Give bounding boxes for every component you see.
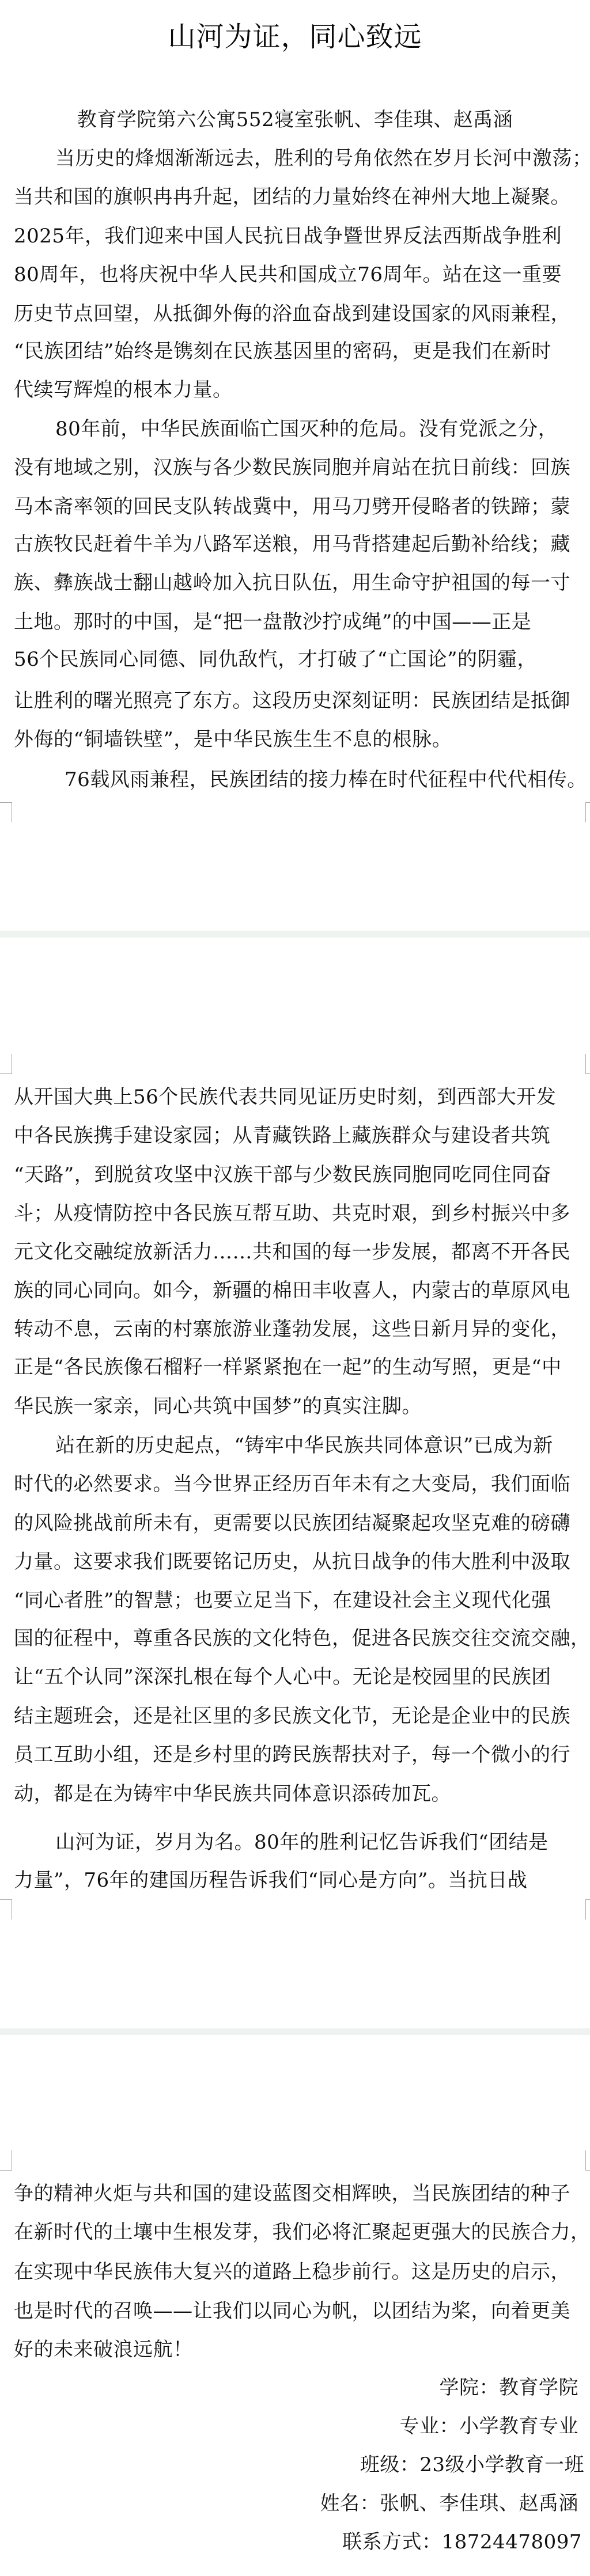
signature-major: 专业：小学教育专业 [0,2412,578,2440]
author-line: 教育学院第六公寓552寝室张帆、李佳琪、赵禹涵 [0,106,590,134]
paragraph-line: 族、彝族战士翻山越岭加入抗日队伍，用生命守护祖国的每一寸 [14,569,584,597]
paragraph-line: 外侮的“铜墙铁壁”，是中华民族生生不息的根脉。 [14,726,584,753]
paragraph-line: 力量”，76年的建国历程告诉我们“同心是方向”。当抗日战 [14,1866,584,1894]
paragraph-line: 代续写辉煌的根本力量。 [14,376,584,404]
paragraph-line: 80年前，中华民族面临亡国灭种的危局。没有党派之分， [55,415,584,443]
paragraph-line: 2025年，我们迎来中国人民抗日战争暨世界反法西斯战争胜利 [14,222,584,250]
crop-mark-bottom-right [585,1899,590,1919]
document-title: 山河为证，同心致远 [0,20,590,54]
paragraph-line: 的风险挑战前所未有，更需要以民族团结凝聚起攻坚克难的磅礴 [14,1509,584,1537]
signature-names: 姓名：张帆、李佳琪、赵禹涵 [0,2490,578,2517]
paragraph-line: 结主题班会，还是社区里的多民族文化节，无论是企业中的民族 [14,1702,584,1730]
signature-class: 班级：23级小学教育一班 [0,2451,584,2479]
paragraph-line: 让胜利的曙光照亮了东方。这段历史深刻证明：民族团结是抵御 [14,687,584,715]
crop-mark-top-left [0,2150,12,2171]
paragraph-line: “天路”，到脱贫攻坚中汉族干部与少数民族同胞同吃同住同奋 [14,1161,584,1189]
paragraph-line: 力量。这要求我们既要铭记历史，从抗日战争的伟大胜利中汲取 [14,1548,584,1576]
paragraph-line: 80周年，也将庆祝中华人民共和国成立76周年。站在这一重要 [14,261,584,289]
paragraph-line: 历史节点回望，从抵御外侮的浴血奋战到建设国家的风雨兼程， [14,300,584,328]
paragraph-line: 员工互助小组，还是乡村里的跨民族帮扶对子，每一个微小的行 [14,1741,584,1769]
paragraph-line: 时代的必然要求。当今世界正经历百年未有之大变局，我们面临 [14,1470,584,1498]
crop-mark-bottom-right [585,802,590,822]
paragraph-line: 马本斋率领的回民支队转战冀中，用马刀劈开侵略者的铁蹄；蒙 [14,493,584,521]
page-separator [0,2028,590,2035]
paragraph-line: 古族牧民赶着牛羊为八路军送粮，用马背搭建起后勤补给线；藏 [14,530,584,558]
paragraph-line: 山河为证，岁月为名。80年的胜利记忆告诉我们“团结是 [55,1828,584,1856]
crop-mark-top-left [0,1054,12,1074]
paragraph-line: 从开国大典上56个民族代表共同见证历史时刻，到西部大开发 [14,1083,584,1111]
paragraph-line: 76载风雨兼程，民族团结的接力棒在时代征程中代代相传。 [65,766,590,794]
paragraph-line: 动，都是在为铸牢中华民族共同体意识添砖加瓦。 [14,1780,584,1808]
paragraph-line: 土地。那时的中国，是“把一盘散沙拧成绳”的中国——正是 [14,608,584,636]
paragraph-line: 斗；从疫情防控中各民族互帮互助、共克时艰，到乡村振兴中多 [14,1200,584,1227]
paragraph-line: 站在新的历史起点，“铸牢中华民族共同体意识”已成为新 [55,1432,584,1459]
paragraph-line: 中各民族携手建设家园；从青藏铁路上藏族群众与建设者共筑 [14,1122,584,1149]
paragraph-line: 元文化交融绽放新活力……共和国的每一步发展，都离不开各民 [14,1238,584,1266]
signature-college: 学院：教育学院 [0,2374,578,2402]
crop-mark-bottom-left [0,1899,12,1919]
page-3: 争的精神火炬与共和国的建设蓝图交相辉映，当民族团结的种子 在新时代的土壤中生根发… [0,2035,590,2576]
paragraph-line: 华民族一家亲，同心共筑中国梦”的真实注脚。 [14,1393,584,1420]
paragraph-line: 族的同心同向。如今，新疆的棉田丰收喜人，内蒙古的草原风电 [14,1277,584,1304]
paragraph-line: 没有地域之别，汉族与各少数民族同胞并肩站在抗日前线：回族 [14,454,584,481]
paragraph-line: 让“五个认同”深深扎根在每个人心中。无论是校园里的民族团 [14,1663,584,1691]
paragraph-line: 当共和国的旗帜冉冉升起，团结的力量始终在神州大地上凝聚。 [14,183,584,211]
paragraph-line: “同心者胜”的智慧；也要立足当下，在建设社会主义现代化强 [14,1587,584,1614]
paragraph-line: 56个民族同心同德、同仇敌忾，才打破了“亡国论”的阴霾， [14,646,584,673]
paragraph-line: 在实现中华民族伟大复兴的道路上稳步前行。这是历史的启示， [14,2258,584,2286]
crop-mark-top-right [585,1054,590,1074]
crop-mark-top-right [585,2150,590,2171]
paragraph-line: 争的精神火炬与共和国的建设蓝图交相辉映，当民族团结的种子 [14,2180,584,2207]
page-2: 从开国大典上56个民族代表共同见证历史时刻，到西部大开发 中各民族携手建设家园；… [0,938,590,2028]
paragraph-line: 正是“各民族像石榴籽一样紧紧抱在一起”的生动写照，更是“中 [14,1353,584,1381]
paragraph-line: 也是时代的召唤——让我们以同心为帆，以团结为桨，向着更美 [14,2297,584,2325]
crop-mark-bottom-left [0,802,12,822]
paragraph-line: “民族团结”始终是镌刻在民族基因里的密码，更是我们在新时 [14,337,584,365]
paragraph-line: 国的征程中，尊重各民族的文化特色，促进各民族交往交流交融， [14,1625,584,1652]
paragraph-line: 在新时代的土壤中生根发芽，我们必将汇聚起更强大的民族合力， [14,2218,584,2246]
page-separator [0,931,590,938]
paragraph-line: 当历史的烽烟渐渐远去，胜利的号角依然在岁月长河中激荡； [55,145,584,172]
paragraph-line: 转动不息，云南的村寨旅游业蓬勃发展，这些日新月异的变化， [14,1315,584,1343]
signature-contact: 联系方式：18724478097 [0,2528,582,2556]
paragraph-line: 好的未来破浪远航！ [14,2336,584,2363]
page-1: 山河为证，同心致远 教育学院第六公寓552寝室张帆、李佳琪、赵禹涵 当历史的烽烟… [0,0,590,931]
